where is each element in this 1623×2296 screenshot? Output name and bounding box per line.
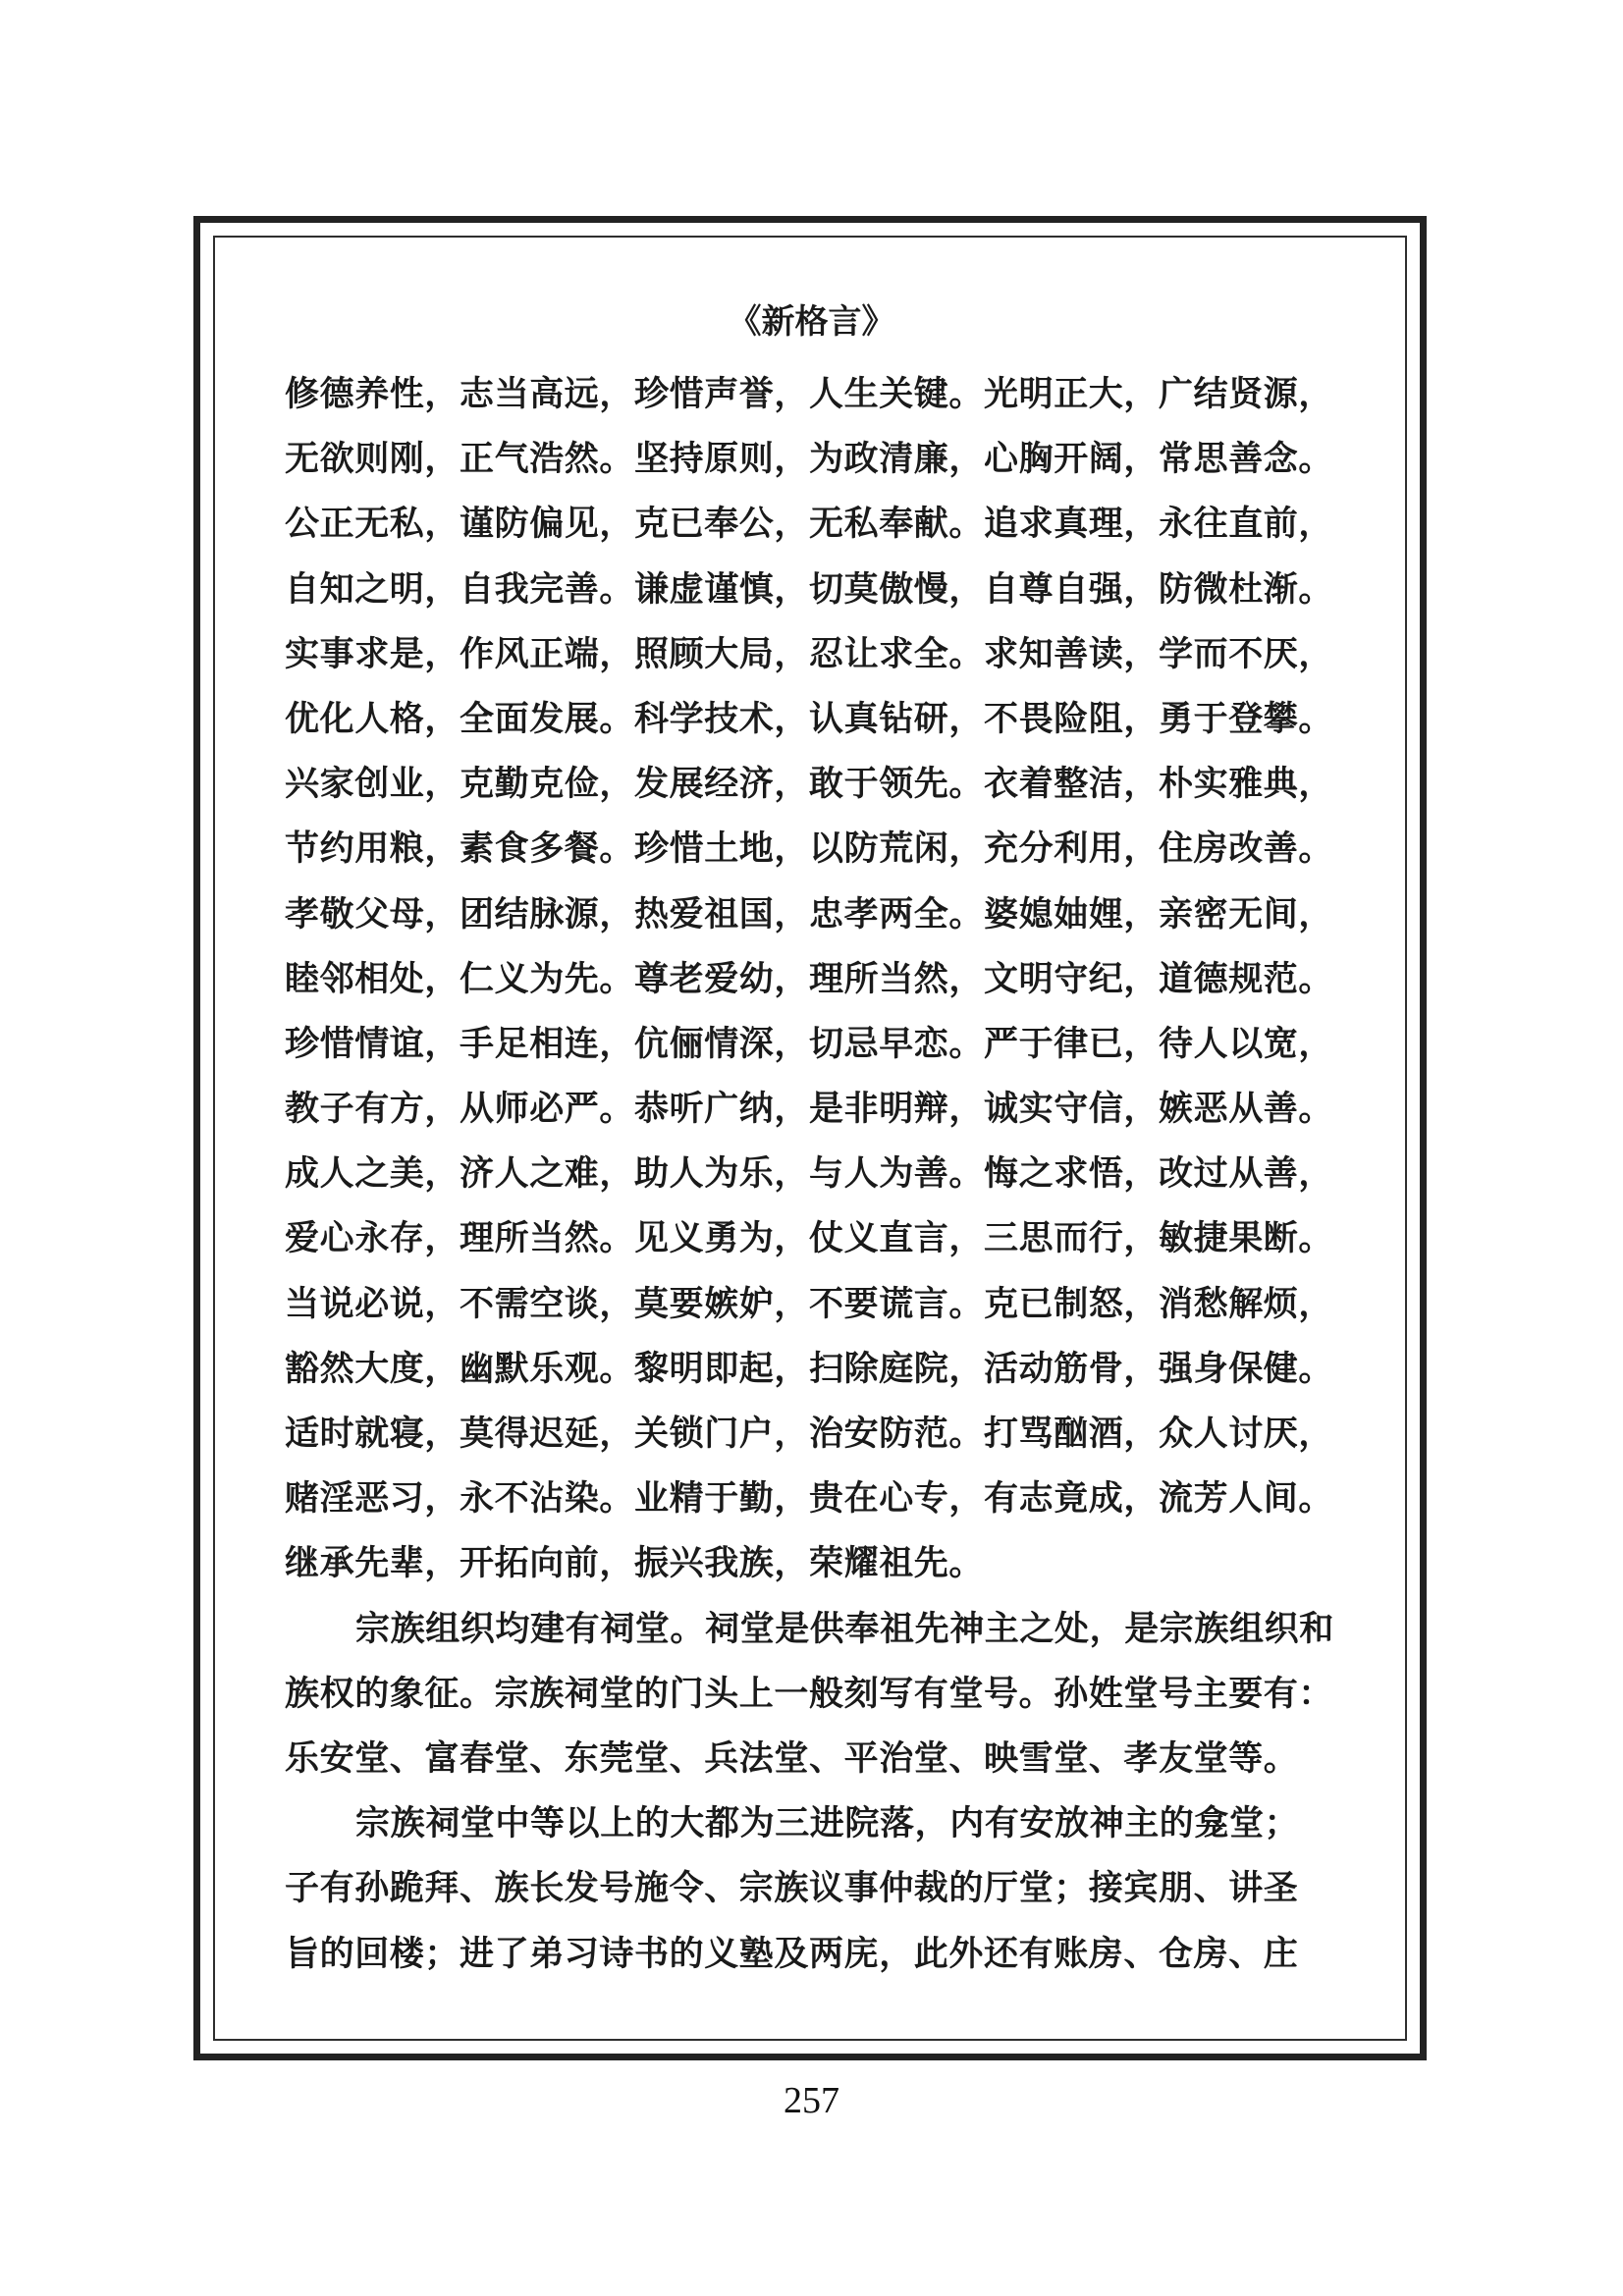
section-title: 《新格言》 [0, 299, 1623, 345]
verse-line: 教子有方，从师必严。恭听广纳，是非明辩，诚实守信，嫉恶从善。 [285, 1077, 1355, 1142]
verse-line: 自知之明，自我完善。谦虚谨慎，切莫傲慢，自尊自强，防微杜渐。 [285, 558, 1355, 622]
paragraph-1-line: 族权的象征。宗族祠堂的门头上一般刻写有堂号。孙姓堂号主要有： [285, 1662, 1355, 1727]
verse-line: 珍惜情谊，手足相连，伉俪情深，切忌早恋。严于律已，待人以宽， [285, 1012, 1355, 1077]
paragraph-2-line: 宗族祠堂中等以上的大都为三进院落，内有安放神主的龛堂； [285, 1791, 1355, 1856]
verse-line: 成人之美，济人之难，助人为乐，与人为善。悔之求悟，改过从善， [285, 1142, 1355, 1206]
verse-line: 节约用粮，素食多餐。珍惜土地，以防荒闲，充分利用，住房改善。 [285, 817, 1355, 881]
verse-line: 豁然大度，幽默乐观。黎明即起，扫除庭院，活动筋骨，强身保健。 [285, 1337, 1355, 1402]
verse-line: 兴家创业，克勤克俭，发展经济，敢于领先。衣着整洁，朴实雅典， [285, 752, 1355, 817]
verse-line: 当说必说，不需空谈，莫要嫉妒，不要谎言。克已制怒，消愁解烦， [285, 1272, 1355, 1337]
verse-line: 适时就寝，莫得迟延，关锁门户，治安防范。打骂酗酒，众人讨厌， [285, 1402, 1355, 1467]
paragraph-2-line: 旨的回楼；进了弟习诗书的义塾及两庑，此外还有账房、仓房、庄 [285, 1922, 1355, 1987]
verse-line: 实事求是，作风正端，照顾大局，忍让求全。求知善读，学而不厌， [285, 622, 1355, 687]
verse-line: 赌淫恶习，永不沾染。业精于勤，贵在心专，有志竟成，流芳人间。 [285, 1467, 1355, 1531]
verse-line: 孝敬父母，团结脉源，热爱祖国，忠孝两全。婆媳妯娌，亲密无间， [285, 882, 1355, 947]
verse-line: 优化人格，全面发展。科学技术，认真钻研，不畏险阻，勇于登攀。 [285, 687, 1355, 752]
paragraph-2-line: 子有孙跪拜、族长发号施令、宗族议事仲裁的厅堂；接宾朋、讲圣 [285, 1856, 1355, 1921]
verse-line: 爱心永存，理所当然。见义勇为，仗义直言，三思而行，敏捷果断。 [285, 1206, 1355, 1271]
page-number: 257 [0, 2079, 1623, 2122]
verse-line: 修德养性，志当高远，珍惜声誉，人生关键。光明正大，广结贤源， [285, 362, 1355, 427]
verse-line: 睦邻相处，仁义为先。尊老爱幼，理所当然，文明守纪，道德规范。 [285, 947, 1355, 1012]
verse-line: 公正无私，谨防偏见，克已奉公，无私奉献。追求真理，永往直前， [285, 492, 1355, 557]
paragraph-1-line: 乐安堂、富春堂、东莞堂、兵法堂、平治堂、映雪堂、孝友堂等。 [285, 1727, 1355, 1791]
verse-line: 无欲则刚，正气浩然。坚持原则，为政清廉，心胸开阔，常思善念。 [285, 427, 1355, 492]
paragraph-1-line: 宗族组织均建有祠堂。祠堂是供奉祖先神主之处，是宗族组织和 [285, 1597, 1355, 1662]
verse-line: 继承先辈，开拓向前，振兴我族，荣耀祖先。 [285, 1531, 1355, 1596]
body-text: 修德养性，志当高远，珍惜声誉，人生关键。光明正大，广结贤源， 无欲则刚，正气浩然… [285, 362, 1355, 1987]
